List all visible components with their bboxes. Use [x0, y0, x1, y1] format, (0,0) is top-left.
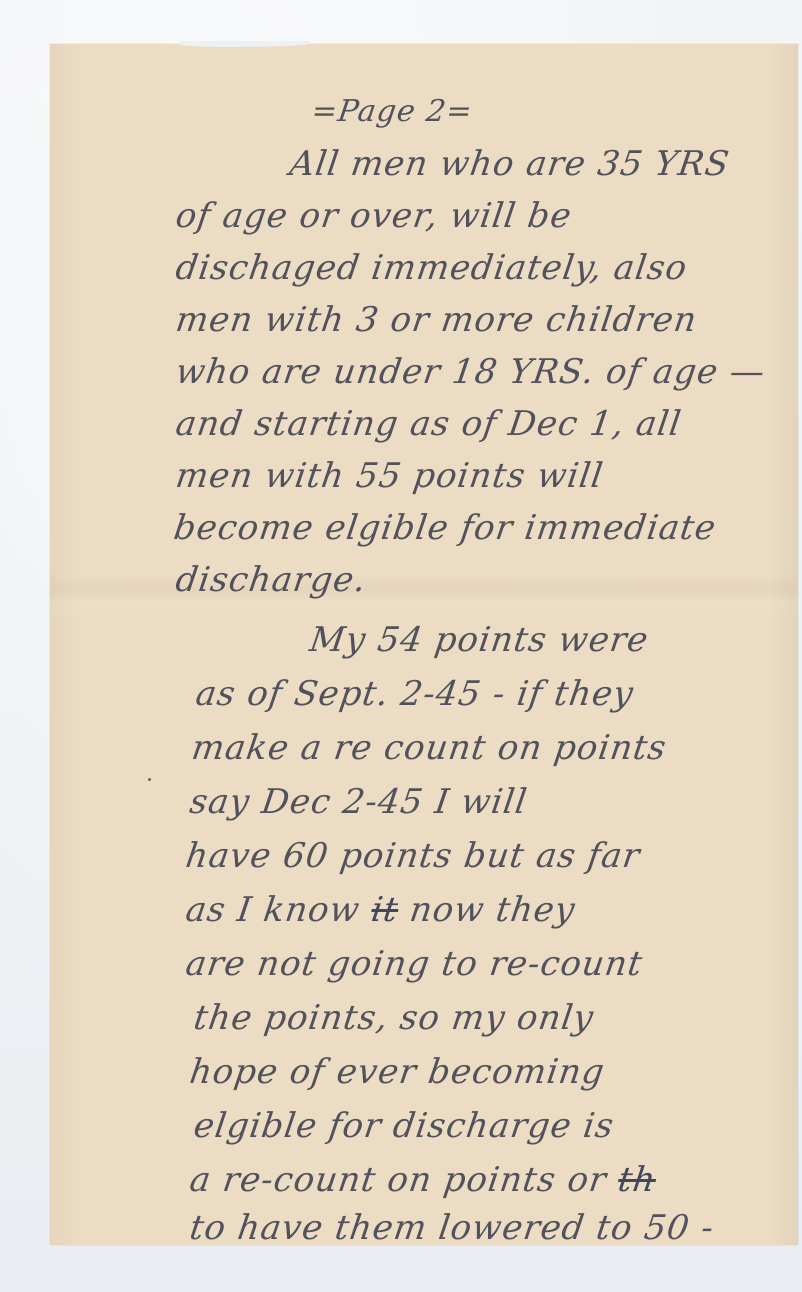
text-segment: now they	[395, 890, 578, 930]
ink-speck	[148, 778, 151, 781]
page-heading: =Page 2=	[310, 94, 475, 129]
text-line-21: to have them lowered to 50 -	[187, 1208, 717, 1248]
text-line-15: as I know it now they	[183, 890, 578, 930]
text-line-7: men with 55 points will	[173, 456, 606, 496]
text-segment: as I know	[183, 890, 374, 930]
text-segment: a re-count on points or	[187, 1160, 621, 1200]
text-line-4: men with 3 or more children	[173, 300, 700, 340]
crossed-out-word: th	[616, 1160, 659, 1200]
text-line-10: My 54 points were	[307, 620, 651, 660]
text-line-9: discharge.	[173, 560, 369, 600]
text-line-19: elgible for discharge is	[191, 1106, 617, 1146]
text-line-12: make a re count on points	[189, 728, 669, 768]
text-line-18: hope of ever becoming	[187, 1052, 607, 1092]
text-line-16: are not going to re-count	[183, 944, 645, 984]
text-line-14: have 60 points but as far	[183, 836, 643, 876]
text-line-20: a re-count on points or th	[187, 1160, 659, 1200]
text-line-3: dischaged immediately, also	[173, 248, 690, 288]
text-line-2: of age or over, will be	[173, 196, 574, 236]
letter-page: =Page 2= All men who are 35 YRS of age o…	[50, 44, 798, 1245]
text-line-8: become elgible for immediate	[171, 508, 719, 548]
text-line-5: who are under 18 YRS. of age —	[173, 352, 768, 392]
text-line-1: All men who are 35 YRS	[287, 144, 732, 184]
text-line-17: the points, so my only	[191, 998, 596, 1038]
handwritten-text: =Page 2= All men who are 35 YRS of age o…	[50, 44, 798, 1245]
text-line-6: and starting as of Dec 1, all	[173, 404, 684, 444]
text-line-11: as of Sept. 2-45 - if they	[193, 674, 636, 714]
text-line-13: say Dec 2-45 I will	[187, 782, 530, 822]
